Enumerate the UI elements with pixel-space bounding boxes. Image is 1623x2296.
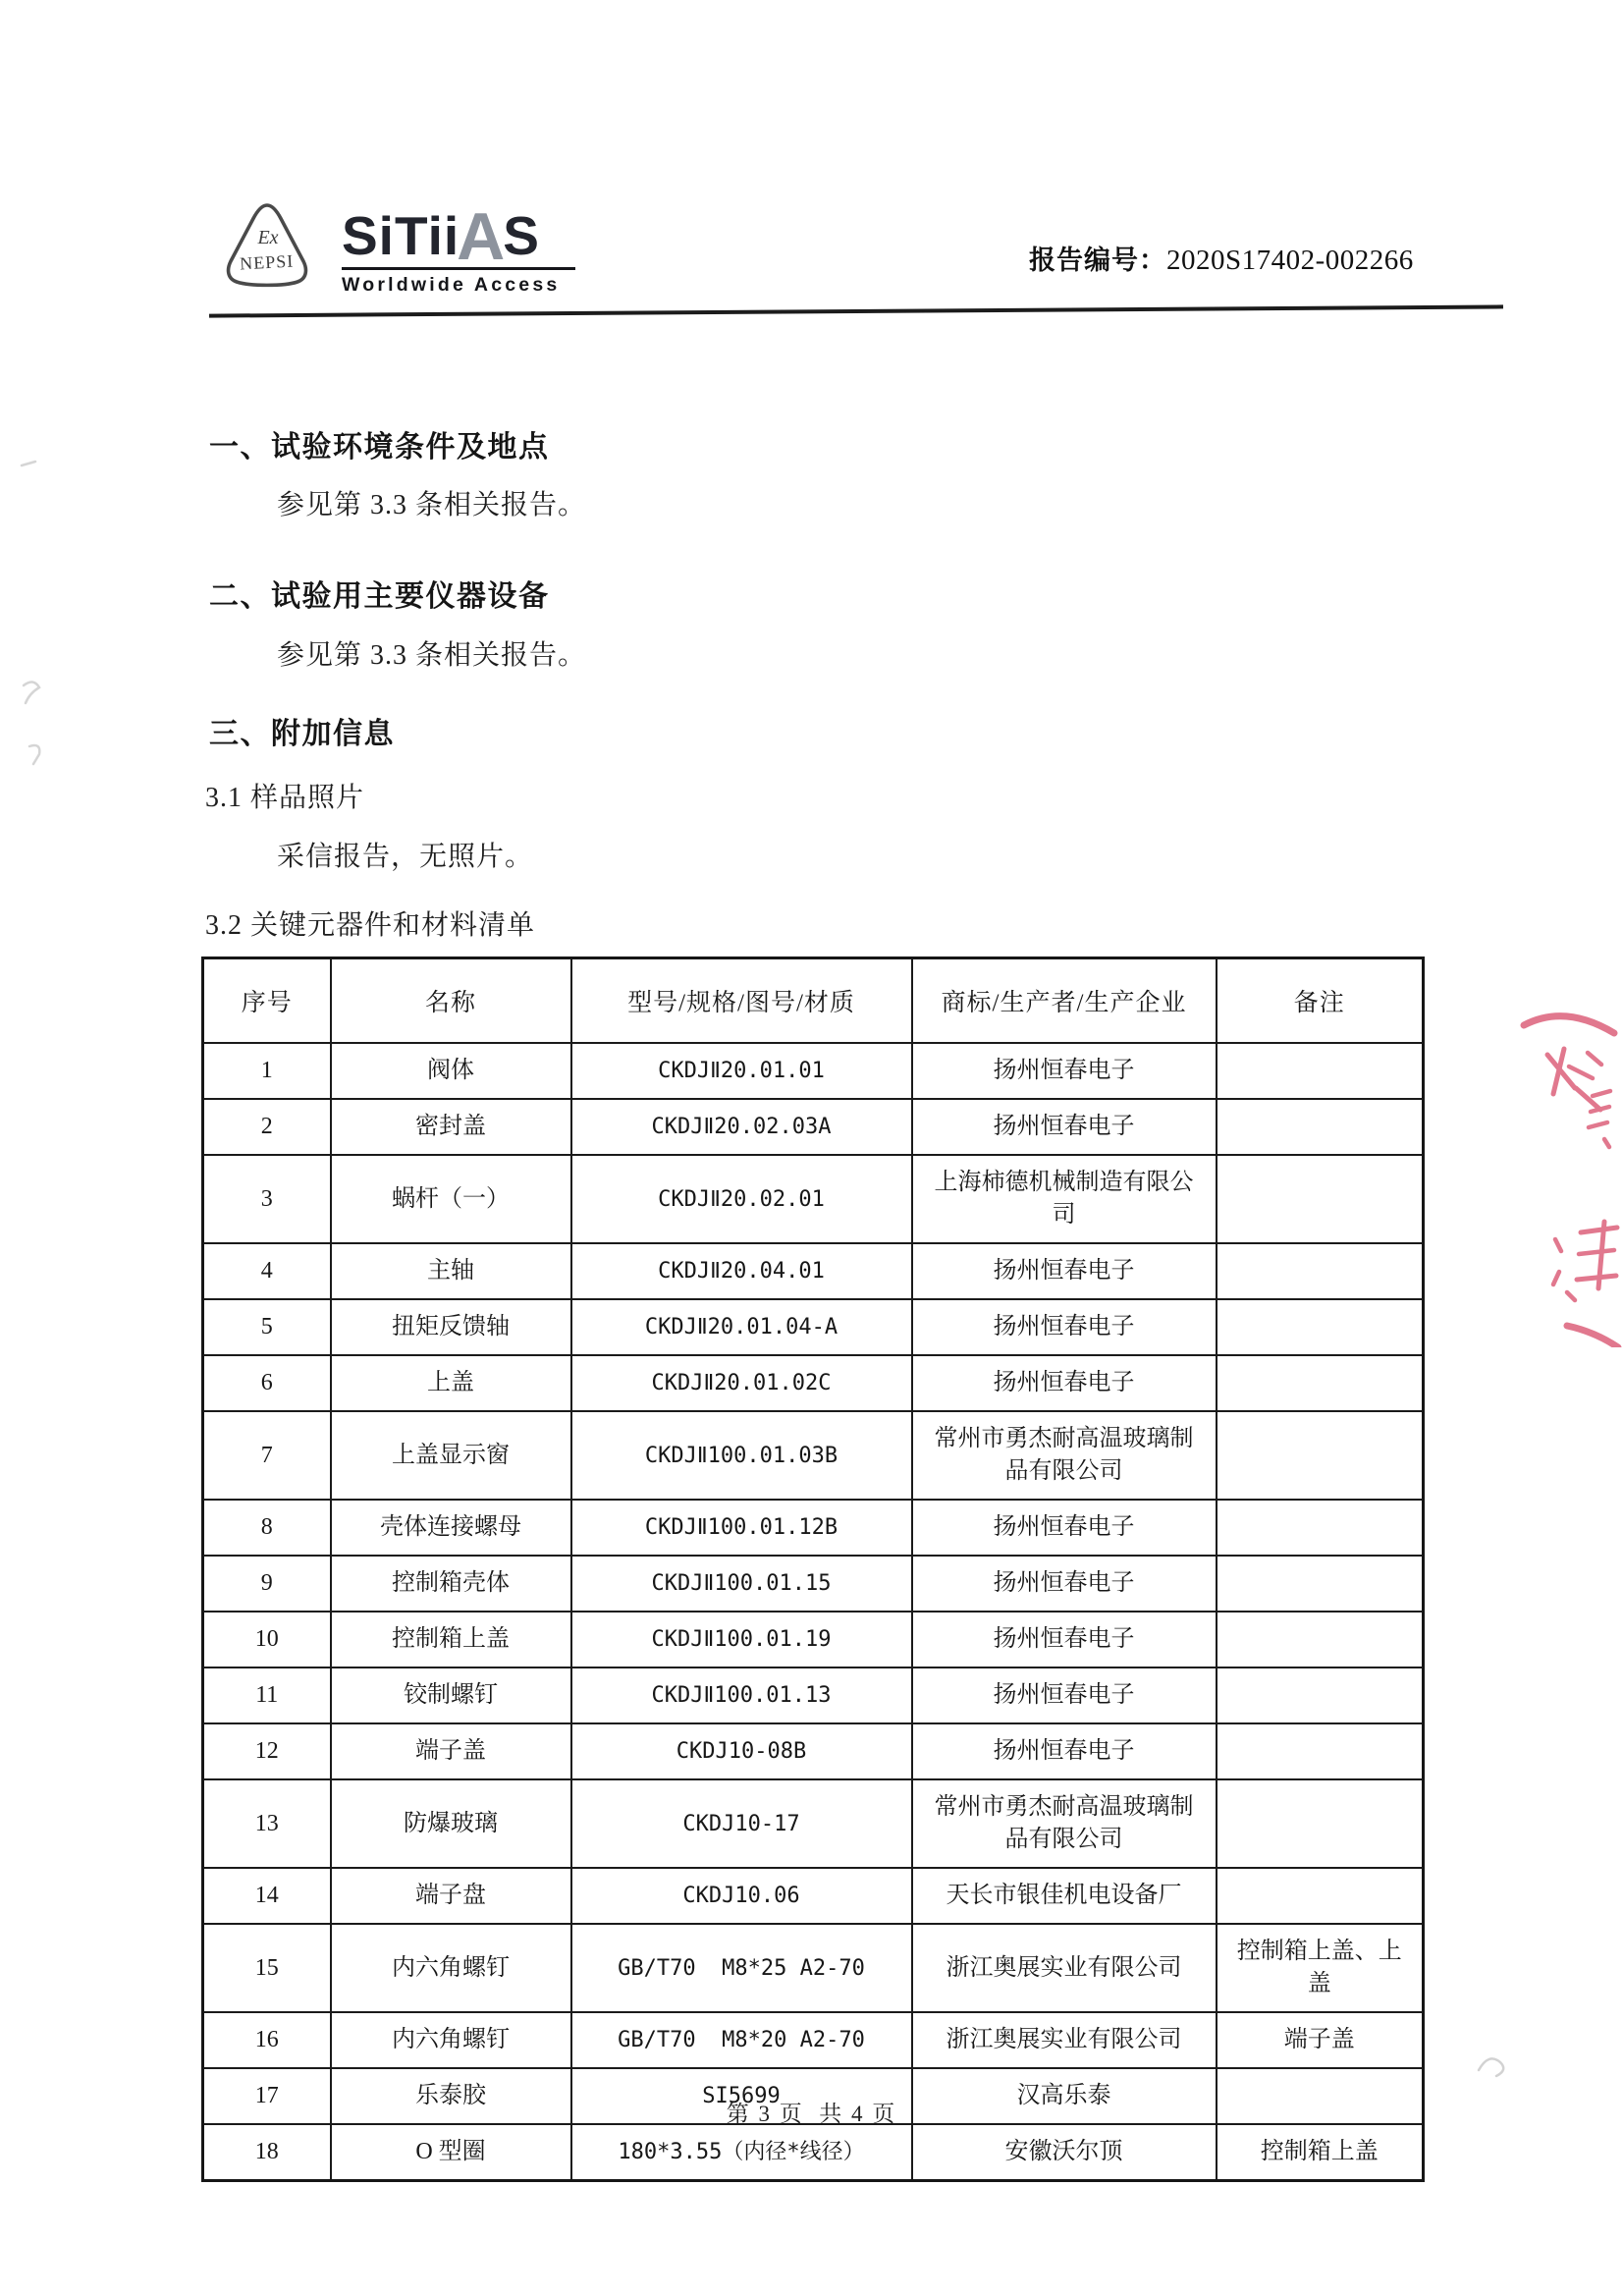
cell-manufacturer: 上海柿德机械制造有限公司 — [912, 1155, 1217, 1243]
cell-index: 3 — [203, 1155, 331, 1243]
cell-remark — [1217, 1043, 1424, 1099]
cell-remark — [1217, 1556, 1424, 1612]
brand-letter-s: S — [503, 205, 540, 266]
cell-model: CKDJⅡ100.01.19 — [571, 1612, 912, 1667]
cell-manufacturer: 扬州恒春电子 — [912, 1612, 1217, 1667]
components-table-wrap: 序号 名称 型号/规格/图号/材质 商标/生产者/生产企业 备注 1 阀体 CK… — [201, 957, 1425, 2182]
cell-index: 13 — [203, 1779, 331, 1868]
nepsi-ex-logo-icon: Ex NEPSI — [218, 199, 316, 296]
report-number-label: 报告编号： — [1029, 246, 1166, 275]
brand-wordmark: SiTiiAS Worldwide Access — [342, 209, 575, 297]
cell-remark — [1217, 1243, 1424, 1299]
cell-index: 9 — [203, 1556, 331, 1612]
components-table-body: 1 阀体 CKDJⅡ20.01.01 扬州恒春电子 2 密封盖 CKDJⅡ20.… — [203, 1043, 1424, 2181]
cell-name: 内六角螺钉 — [331, 2012, 571, 2068]
cell-name: 扭矩反馈轴 — [331, 1299, 571, 1355]
pencil-marks — [10, 452, 69, 805]
table-row: 8 壳体连接螺母 CKDJⅡ100.01.12B 扬州恒春电子 — [203, 1500, 1424, 1556]
red-seal-fragment — [1510, 994, 1623, 1347]
cell-manufacturer: 安徽沃尔顶 — [912, 2124, 1217, 2181]
cell-model: CKDJⅡ100.01.13 — [571, 1667, 912, 1723]
brand-tagline: Worldwide Access — [342, 274, 575, 297]
cell-name: 铰制螺钉 — [331, 1667, 571, 1723]
header-logo: Ex NEPSI SiTiiAS Worldwide Access — [218, 199, 575, 297]
table-header-row: 序号 名称 型号/规格/图号/材质 商标/生产者/生产企业 备注 — [203, 958, 1424, 1044]
logo-nepsi-text: NEPSI — [240, 251, 295, 274]
table-row: 5 扭矩反馈轴 CKDJⅡ20.01.04-A 扬州恒春电子 — [203, 1299, 1424, 1355]
cell-model: CKDJⅡ100.01.03B — [571, 1411, 912, 1500]
subsection-3-1-title: 3.1 样品照片 — [205, 776, 364, 815]
col-header-remark: 备注 — [1217, 958, 1424, 1044]
cell-manufacturer: 扬州恒春电子 — [912, 1500, 1217, 1556]
cell-manufacturer: 天长市银佳机电设备厂 — [912, 1868, 1217, 1924]
cell-model: CKDJⅡ100.01.12B — [571, 1500, 912, 1556]
table-row: 1 阀体 CKDJⅡ20.01.01 扬州恒春电子 — [203, 1043, 1424, 1099]
cell-name: 密封盖 — [331, 1099, 571, 1155]
cell-model: CKDJⅡ20.02.01 — [571, 1155, 912, 1243]
col-header-name: 名称 — [331, 958, 571, 1044]
cell-model: CKDJⅡ100.01.15 — [571, 1556, 912, 1612]
cell-model: CKDJⅡ20.02.03A — [571, 1099, 912, 1155]
table-row: 11 铰制螺钉 CKDJⅡ100.01.13 扬州恒春电子 — [203, 1667, 1424, 1723]
cell-index: 6 — [203, 1355, 331, 1411]
cell-remark — [1217, 1667, 1424, 1723]
cell-remark — [1217, 1612, 1424, 1667]
cell-manufacturer: 扬州恒春电子 — [912, 1243, 1217, 1299]
table-row: 10 控制箱上盖 CKDJⅡ100.01.19 扬州恒春电子 — [203, 1612, 1424, 1667]
table-row: 7 上盖显示窗 CKDJⅡ100.01.03B 常州市勇杰耐高温玻璃制品有限公司 — [203, 1411, 1424, 1500]
cell-remark — [1217, 1723, 1424, 1779]
table-row: 2 密封盖 CKDJⅡ20.02.03A 扬州恒春电子 — [203, 1099, 1424, 1155]
table-row: 3 蜗杆（一） CKDJⅡ20.02.01 上海柿德机械制造有限公司 — [203, 1155, 1424, 1243]
cell-name: 壳体连接螺母 — [331, 1500, 571, 1556]
table-row: 13 防爆玻璃 CKDJ10-17 常州市勇杰耐高温玻璃制品有限公司 — [203, 1779, 1424, 1868]
cell-index: 1 — [203, 1043, 331, 1099]
report-number-value: 2020S17402-002266 — [1166, 245, 1414, 276]
cell-model: CKDJⅡ20.04.01 — [571, 1243, 912, 1299]
cell-manufacturer: 扬州恒春电子 — [912, 1299, 1217, 1355]
table-row: 9 控制箱壳体 CKDJⅡ100.01.15 扬州恒春电子 — [203, 1556, 1424, 1612]
cell-model: 180*3.55（内径*线径） — [571, 2124, 912, 2181]
cell-index: 18 — [203, 2124, 331, 2181]
cell-remark — [1217, 1411, 1424, 1500]
cell-name: 蜗杆（一） — [331, 1155, 571, 1243]
table-row: 12 端子盖 CKDJ10-08B 扬州恒春电子 — [203, 1723, 1424, 1779]
cell-manufacturer: 常州市勇杰耐高温玻璃制品有限公司 — [912, 1411, 1217, 1500]
cell-manufacturer: 扬州恒春电子 — [912, 1723, 1217, 1779]
stray-mark — [1469, 2041, 1518, 2090]
cell-name: 端子盖 — [331, 1723, 571, 1779]
cell-manufacturer: 扬州恒春电子 — [912, 1667, 1217, 1723]
cell-name: 阀体 — [331, 1043, 571, 1099]
cell-model: CKDJ10.06 — [571, 1868, 912, 1924]
cell-remark — [1217, 1868, 1424, 1924]
cell-index: 11 — [203, 1667, 331, 1723]
cell-remark — [1217, 1779, 1424, 1868]
cell-model: CKDJⅡ20.01.04-A — [571, 1299, 912, 1355]
cell-index: 5 — [203, 1299, 331, 1355]
report-page: Ex NEPSI SiTiiAS Worldwide Access 报告编号：2… — [0, 0, 1623, 2296]
cell-index: 15 — [203, 1924, 331, 2012]
cell-remark: 控制箱上盖 — [1217, 2124, 1424, 2181]
cell-model: CKDJⅡ20.01.02C — [571, 1355, 912, 1411]
section-2-body: 参见第 3.3 条相关报告。 — [277, 633, 586, 673]
cell-model: CKDJ10-08B — [571, 1723, 912, 1779]
cell-remark: 控制箱上盖、上盖 — [1217, 1924, 1424, 2012]
page-footer: 第 3 页 共 4 页 — [0, 2096, 1623, 2128]
cell-name: 上盖显示窗 — [331, 1411, 571, 1500]
table-row: 16 内六角螺钉 GB/T70 M8*20 A2-70 浙江奥展实业有限公司 端… — [203, 2012, 1424, 2068]
table-row: 18 O 型圈 180*3.55（内径*线径） 安徽沃尔顶 控制箱上盖 — [203, 2124, 1424, 2181]
cell-index: 12 — [203, 1723, 331, 1779]
cell-remark: 端子盖 — [1217, 2012, 1424, 2068]
cell-index: 16 — [203, 2012, 331, 2068]
components-table: 序号 名称 型号/规格/图号/材质 商标/生产者/生产企业 备注 1 阀体 CK… — [201, 957, 1425, 2182]
cell-remark — [1217, 1500, 1424, 1556]
subsection-3-2-title: 3.2 关键元器件和材料清单 — [205, 903, 535, 943]
cell-model: GB/T70 M8*20 A2-70 — [571, 2012, 912, 2068]
cell-manufacturer: 常州市勇杰耐高温玻璃制品有限公司 — [912, 1779, 1217, 1868]
cell-index: 10 — [203, 1612, 331, 1667]
cell-manufacturer: 浙江奥展实业有限公司 — [912, 2012, 1217, 2068]
col-header-model: 型号/规格/图号/材质 — [571, 958, 912, 1044]
cell-name: 主轴 — [331, 1243, 571, 1299]
cell-remark — [1217, 1355, 1424, 1411]
cell-model: CKDJⅡ20.01.01 — [571, 1043, 912, 1099]
cell-model: GB/T70 M8*25 A2-70 — [571, 1924, 912, 2012]
cell-index: 7 — [203, 1411, 331, 1500]
cell-name: 控制箱上盖 — [331, 1612, 571, 1667]
cell-manufacturer: 扬州恒春电子 — [912, 1099, 1217, 1155]
table-row: 4 主轴 CKDJⅡ20.04.01 扬州恒春电子 — [203, 1243, 1424, 1299]
cell-remark — [1217, 1155, 1424, 1243]
cell-name: 控制箱壳体 — [331, 1556, 571, 1612]
subsection-3-1-body: 采信报告，无照片。 — [277, 835, 533, 874]
cell-name: 内六角螺钉 — [331, 1924, 571, 2012]
brand-text: SiTiiAS — [342, 209, 575, 263]
cell-manufacturer: 扬州恒春电子 — [912, 1355, 1217, 1411]
cell-manufacturer: 扬州恒春电子 — [912, 1043, 1217, 1099]
cell-manufacturer: 扬州恒春电子 — [912, 1556, 1217, 1612]
col-header-index: 序号 — [203, 958, 331, 1044]
cell-name: 上盖 — [331, 1355, 571, 1411]
section-1-body: 参见第 3.3 条相关报告。 — [277, 483, 586, 522]
cell-remark — [1217, 1099, 1424, 1155]
table-row: 14 端子盘 CKDJ10.06 天长市银佳机电设备厂 — [203, 1868, 1424, 1924]
report-number-line: 报告编号：2020S17402-002266 — [1029, 239, 1414, 277]
cell-remark — [1217, 1299, 1424, 1355]
cell-name: 端子盘 — [331, 1868, 571, 1924]
cell-name: O 型圈 — [331, 2124, 571, 2181]
cell-name: 防爆玻璃 — [331, 1779, 571, 1868]
cell-index: 2 — [203, 1099, 331, 1155]
table-row: 15 内六角螺钉 GB/T70 M8*25 A2-70 浙江奥展实业有限公司 控… — [203, 1924, 1424, 2012]
brand-letter-a: A — [457, 199, 506, 274]
cell-index: 4 — [203, 1243, 331, 1299]
cell-index: 14 — [203, 1868, 331, 1924]
brand-part1: SiTii — [342, 205, 460, 266]
cell-model: CKDJ10-17 — [571, 1779, 912, 1868]
cell-manufacturer: 浙江奥展实业有限公司 — [912, 1924, 1217, 2012]
section-2-title: 二、试验用主要仪器设备 — [209, 572, 550, 615]
table-row: 6 上盖 CKDJⅡ20.01.02C 扬州恒春电子 — [203, 1355, 1424, 1411]
section-1-title: 一、试验环境条件及地点 — [209, 422, 550, 465]
col-header-manufacturer: 商标/生产者/生产企业 — [912, 958, 1217, 1044]
section-3-title: 三、附加信息 — [209, 709, 395, 752]
header-divider — [209, 304, 1503, 317]
cell-index: 8 — [203, 1500, 331, 1556]
logo-ex-text: Ex — [256, 227, 278, 248]
